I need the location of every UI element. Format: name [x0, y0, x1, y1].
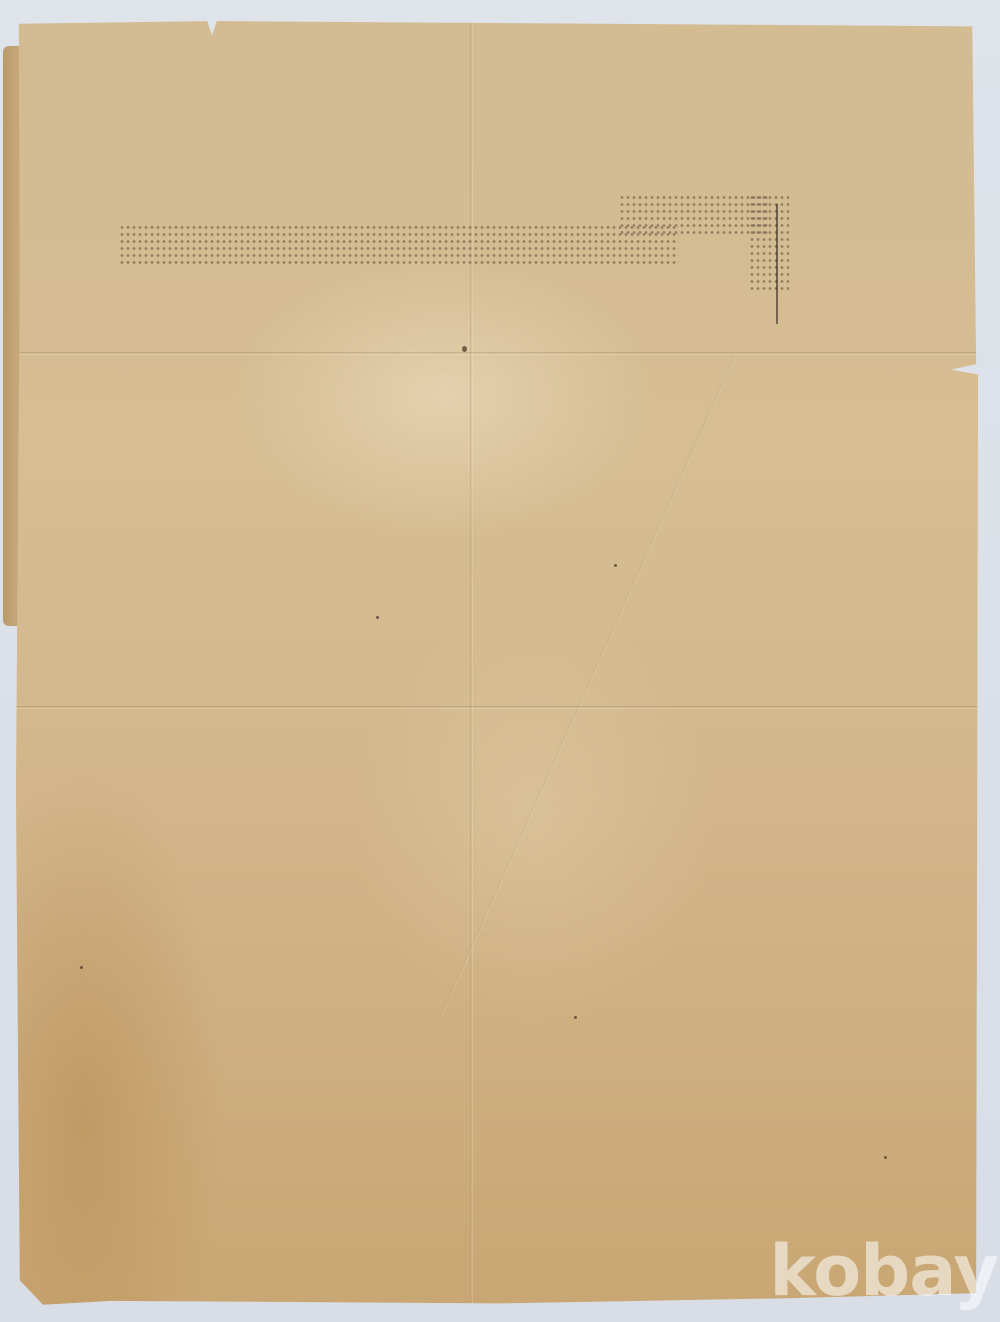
print-bleed-through [119, 194, 799, 314]
horizontal-fold-middle [14, 706, 980, 709]
horizontal-fold-upper [14, 352, 980, 355]
kobay-watermark: kobay [769, 1230, 998, 1312]
ink-speck [884, 1156, 887, 1159]
ink-speck [80, 966, 83, 969]
ink-speck [462, 346, 467, 352]
ink-speck [574, 1016, 577, 1019]
bleed-text-line-1 [119, 224, 679, 268]
diagonal-crease [441, 356, 736, 1015]
aged-paper-sheet [14, 16, 980, 1306]
ink-speck [614, 564, 617, 567]
ink-speck [376, 616, 379, 619]
bleed-text-line-2 [619, 194, 769, 238]
bleed-text-vertical [749, 194, 789, 294]
bleed-rule-line [776, 204, 778, 324]
